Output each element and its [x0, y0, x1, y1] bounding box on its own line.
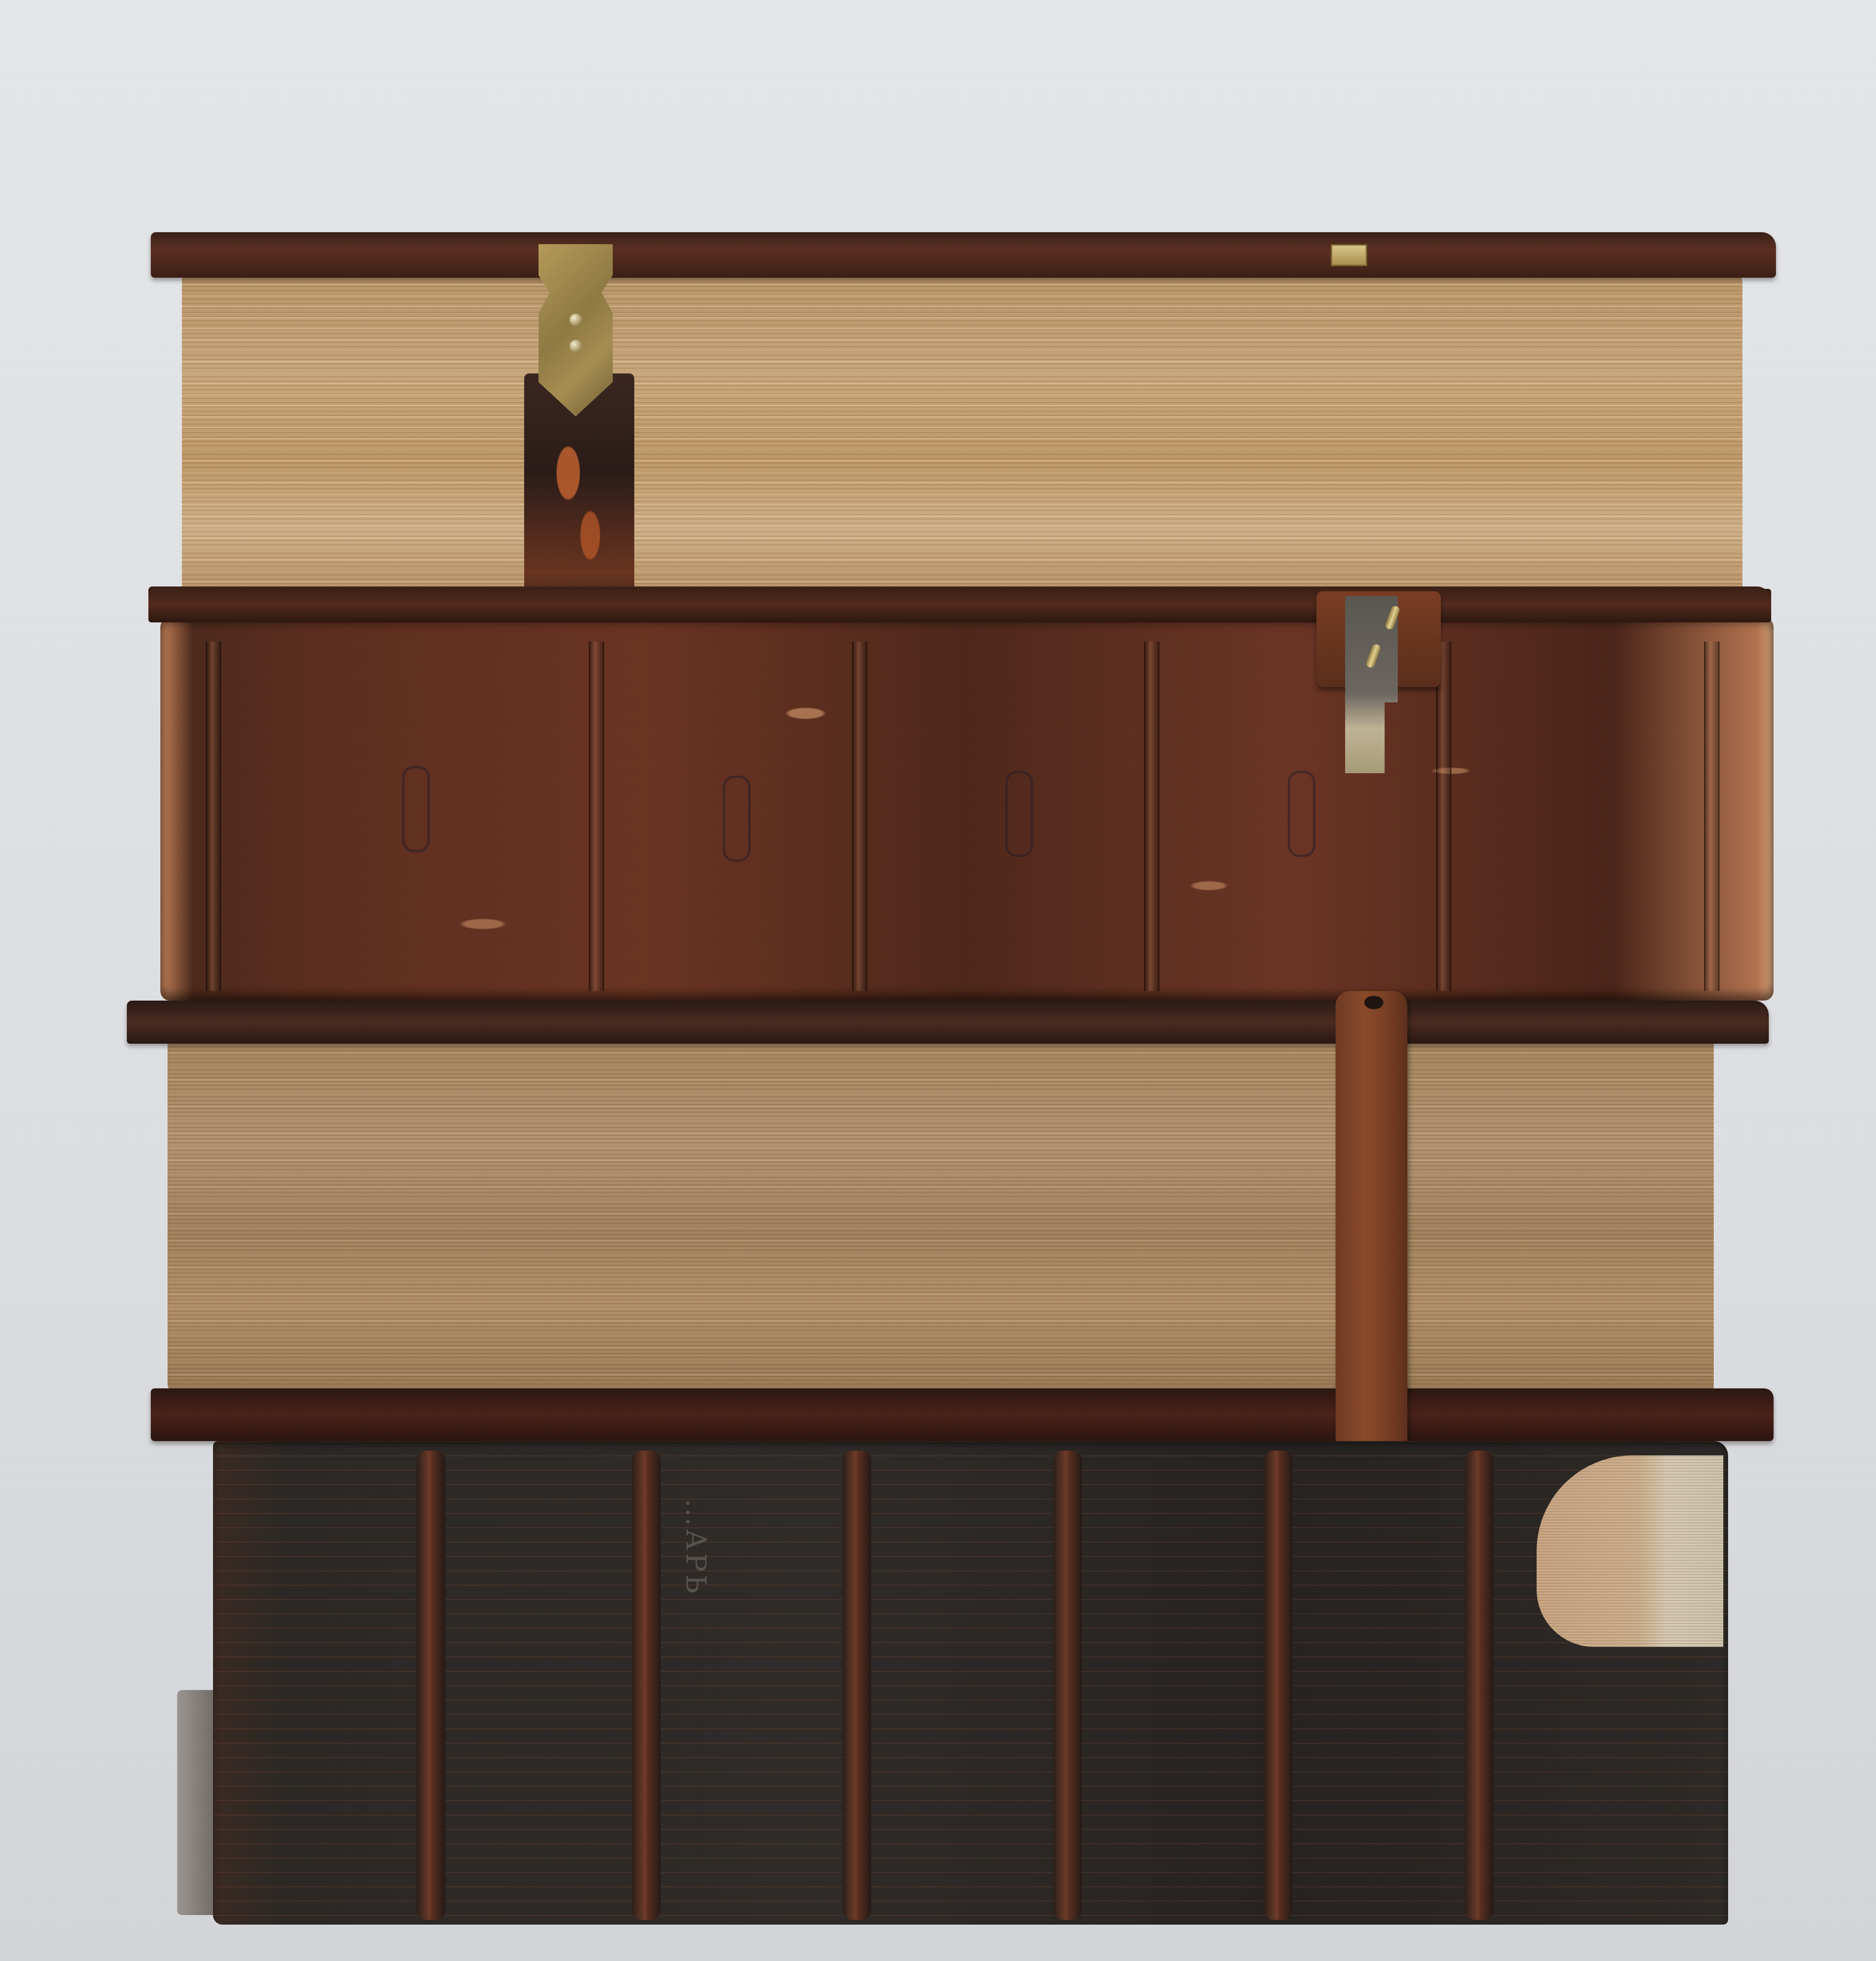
strap-hole-icon [1364, 996, 1383, 1009]
book-3-top-board [127, 1001, 1769, 1044]
book-4-spine-title: …АРЬ [680, 1499, 712, 1596]
book-2-raised-band [852, 642, 867, 991]
photo-scene: …АРЬ [0, 0, 1876, 1961]
rivet-icon [570, 340, 582, 352]
book-2-tooled-ornament [1005, 771, 1033, 857]
book-3-bottom-board [151, 1388, 1774, 1441]
book-4-raised-band [843, 1451, 871, 1920]
book-1-brass-catch [1331, 244, 1367, 266]
book-2-raised-band [1144, 642, 1159, 991]
book-2-raised-band [589, 642, 604, 991]
book-4-raised-band [1465, 1451, 1494, 1920]
book-1-fore-edge [182, 273, 1742, 613]
book-4-raised-band [1264, 1451, 1292, 1920]
book-2-raised-band [1704, 642, 1719, 991]
book-1-top-board [151, 232, 1776, 278]
book-3-fore-edge [168, 1039, 1714, 1393]
book-2-raised-band [206, 642, 221, 991]
book-2-top-board [148, 586, 1771, 622]
book-2-tooled-ornament [402, 766, 430, 852]
book-4-raised-band [416, 1451, 445, 1920]
book-2-tooled-ornament [723, 776, 751, 862]
book-4-torn-corner [1537, 1455, 1723, 1647]
book-2-raised-band [1436, 642, 1451, 991]
book-4-raised-band [1053, 1451, 1082, 1920]
book-1-brass-clasp [539, 244, 613, 417]
rivet-icon [570, 314, 582, 326]
book-4-raised-band [632, 1451, 661, 1920]
book-3-leather-strap [1336, 991, 1407, 1446]
book-2-tooled-ornament [1288, 771, 1315, 857]
